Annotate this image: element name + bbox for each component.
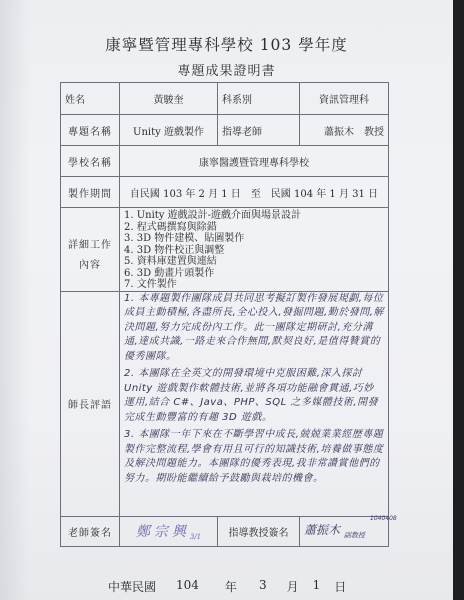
work-item: 2. 程式碼撰寫與除錯 [124,222,384,234]
advisor-signature: 蕭振木 [304,523,340,537]
advisor-signature-cell: 蕭振木 副教授 1040408 [300,516,389,546]
school-value: 康寧醫護暨管理專科學校 [120,146,389,177]
work-item: 1. Unity 遊戲設計-遊戲介面與場景設計 [124,210,384,222]
date-day-unit: 日 [334,578,346,595]
advisor-signature-title: 副教授 [344,532,365,540]
dept-value: 資訊管理科 [300,83,389,115]
date-month-unit: 月 [287,578,299,595]
document-title: 康寧暨管理專科學校 103 學年度 [0,33,453,55]
work-item: 6. 3D 動畫片頭製作 [124,268,384,280]
comments-content: 1. 本專題製作團隊成員共同思考擬訂製作發展規劃,每位成員主動積極,各盡所長,全… [120,291,389,516]
issue-date: 中華民國 104 年 3 月 1 日 [108,578,346,595]
date-day: 1 [313,578,321,595]
period-value: 自民國 103 年 2 月 1 日 至 民國 104 年 1 月 31 日 [120,177,389,208]
row-signatures: 老師簽名 鄭宗興3/1 指導教授簽名 蕭振木 副教授 1040408 [61,516,389,546]
advisor-sign-label: 指導教授簽名 [218,516,300,546]
advisor-signature-wrap: 蕭振木 副教授 1040408 [304,523,365,537]
work-item: 4. 3D 物件校正與調整 [124,245,384,257]
row-comments: 師長評語 1. 本專題製作團隊成員共同思考擬訂製作發展規劃,每位成員主動積極,各… [61,291,389,516]
date-month: 3 [259,578,267,595]
dept-label: 科系別 [218,83,300,115]
period-label: 製作期間 [61,177,120,208]
row-name: 姓名 黃駿奎 科系別 資訊管理科 [61,83,389,115]
work-item: 5. 資料庫建置與連結 [124,256,384,268]
date-era: 中華民國 [108,578,156,595]
details-label: 詳細工作 內容 [61,208,120,292]
row-details: 詳細工作 內容 1. Unity 遊戲設計-遊戲介面與場景設計 2. 程式碼撰寫… [61,208,389,292]
comments-label: 師長評語 [61,291,120,516]
advisor-sign-note: 1040408 [370,515,397,522]
row-period: 製作期間 自民國 103 年 2 月 1 日 至 民國 104 年 1 月 31… [61,177,389,208]
details-content: 1. Unity 遊戲設計-遊戲介面與場景設計 2. 程式碼撰寫與除錯 3. 3… [120,208,389,292]
work-item: 3. 3D 物件建模、貼圖製作 [124,233,384,245]
row-project: 專題名稱 Unity 遊戲製作 指導老師 蕭振木 教授 [61,115,389,146]
scan-dark-edge [453,0,464,600]
project-value: Unity 遊戲製作 [120,115,218,146]
project-label: 專題名稱 [61,115,120,146]
comment-paragraph: 1. 本專題製作團隊成員共同思考擬訂製作發展規劃,每位成員主動積極,各盡所長,全… [124,292,384,365]
teacher-signature: 鄭宗興 [136,524,190,540]
work-item: 7. 文件製作 [124,279,384,291]
name-value: 黃駿奎 [120,83,218,115]
comment-paragraph: 3. 本團隊一年下來在不斷學習中成長,兢兢業業經歷專題製作完整流程,學會有用且可… [124,428,384,486]
scan-shadow [0,0,30,600]
teacher-sign-label: 老師簽名 [61,516,120,546]
teacher-sign-date: 3/1 [190,533,201,541]
details-label-line2: 內容 [79,260,101,271]
comment-paragraph: 2. 本團隊在全英文的開發環境中克服困難,深入探討 Unity 遊戲製作軟體技術… [124,367,384,425]
document-subtitle: 專題成果證明書 [0,60,453,79]
advisor-value: 蕭振木 教授 [300,115,389,146]
advisor-label: 指導老師 [218,115,300,146]
teacher-signature-cell: 鄭宗興3/1 [120,516,218,546]
name-label: 姓名 [61,83,120,115]
school-label: 學校名稱 [61,146,120,177]
work-items-list: 1. Unity 遊戲設計-遊戲介面與場景設計 2. 程式碼撰寫與除錯 3. 3… [124,208,384,291]
row-school: 學校名稱 康寧醫護暨管理專科學校 [61,146,389,177]
date-year-unit: 年 [225,578,237,595]
date-year: 104 [176,578,199,595]
certificate-form-table: 姓名 黃駿奎 科系別 資訊管理科 專題名稱 Unity 遊戲製作 指導老師 蕭振… [60,82,389,547]
